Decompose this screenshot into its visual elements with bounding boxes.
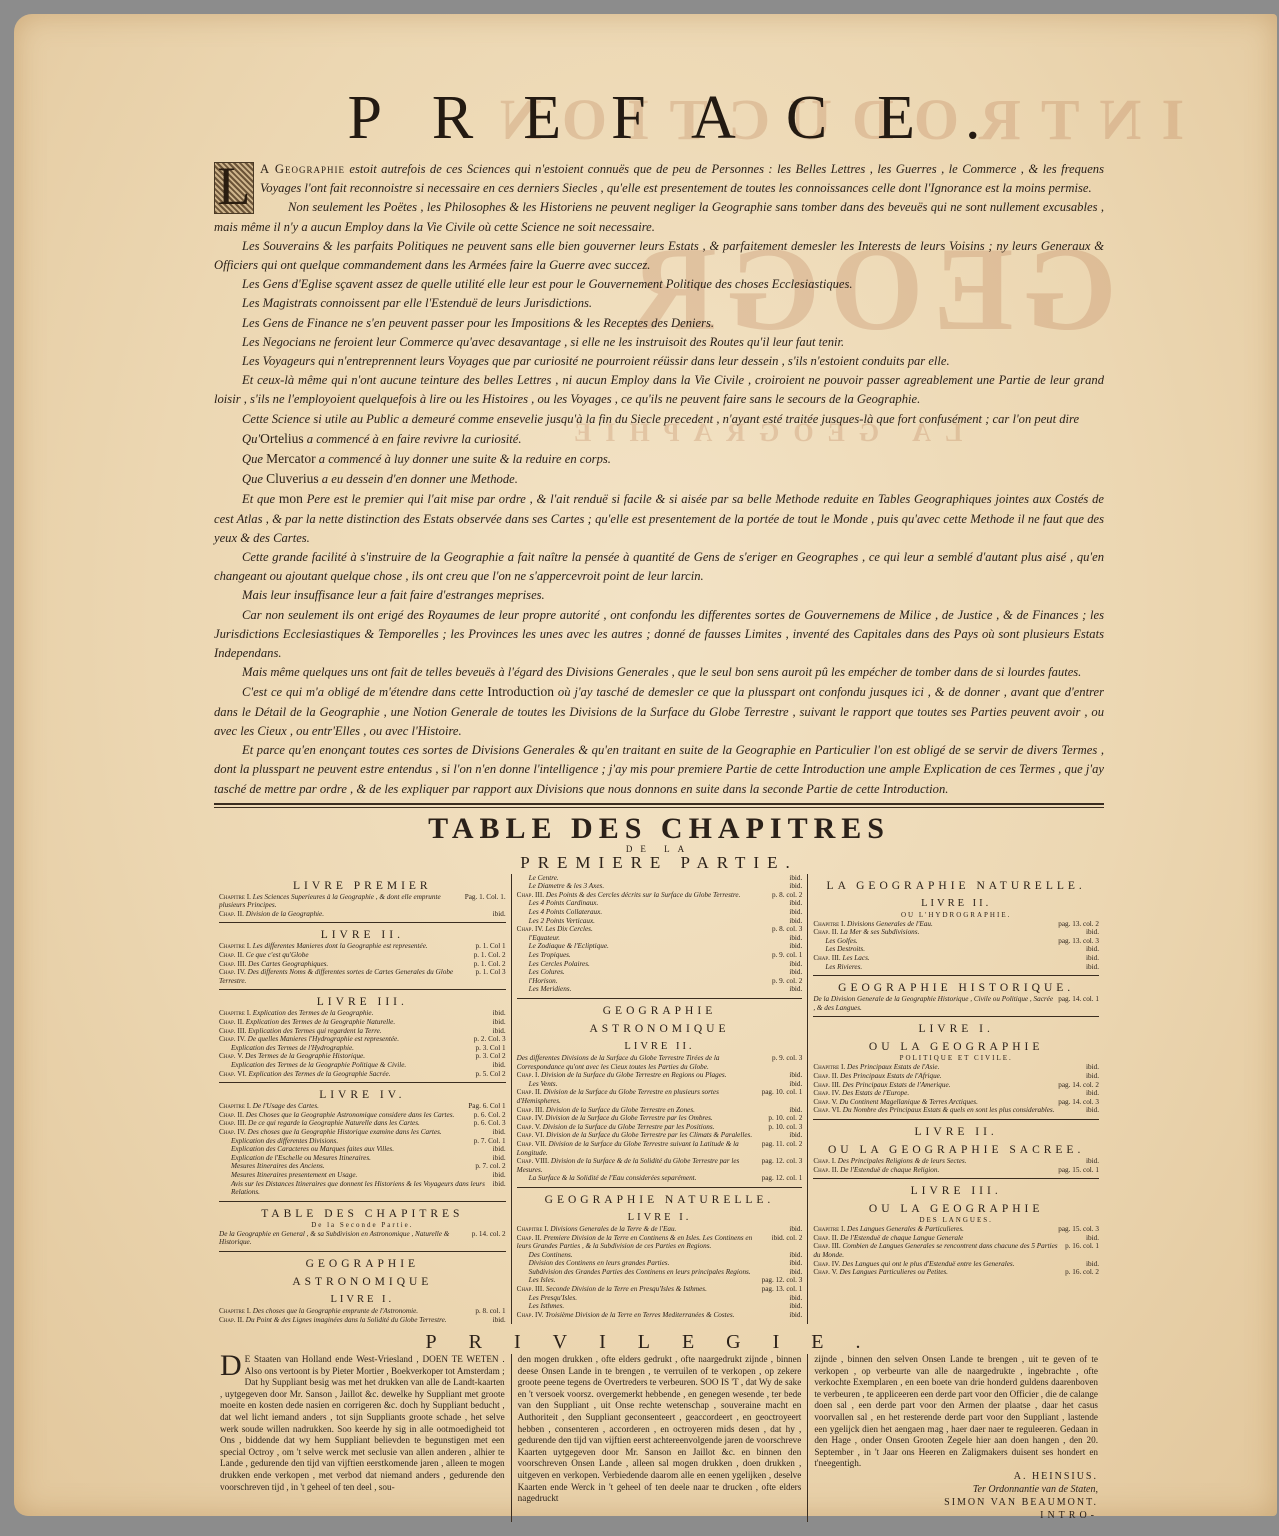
- toc-entry: Les Tropiques.p. 9. col. 1: [517, 951, 803, 960]
- chapter-title: La Surface & la Solidité de l'Eau consid…: [529, 1174, 697, 1182]
- toc-entry: Chap. IV. Troisième Division de la Terre…: [517, 1311, 803, 1320]
- page-reference: ibid.: [789, 1259, 802, 1268]
- chapter-number: Chap. III.: [517, 1106, 544, 1114]
- privilegie-column-3: zijnde , binnen den selven Onsen Lande t…: [807, 1354, 1104, 1522]
- toc-entry: Chap. V. Du Continent Magellanique & Ter…: [813, 1098, 1099, 1107]
- toc-section-head: LIVRE III.: [813, 1185, 1099, 1197]
- chapter-title: De quelles Manieres l'Hydrographie est r…: [248, 1035, 399, 1043]
- page-reference: ibid.: [789, 1311, 802, 1320]
- page-reference: p. 3. Col 1: [476, 1044, 506, 1053]
- page-reference: p. 3. Col 2: [476, 1052, 506, 1061]
- chapter-title: Les Rivieres.: [825, 963, 862, 971]
- chapter-number: Chap. VI.: [219, 1070, 247, 1078]
- signature-heinsius: A. HEINSIUS.: [814, 1470, 1098, 1483]
- page-reference: ibid.: [789, 1106, 802, 1115]
- toc-entry: Chap. I. Des Principales Religions & de …: [813, 1157, 1099, 1166]
- section-rule: [517, 1187, 803, 1188]
- chapter-number: Chapitre I.: [219, 893, 251, 901]
- page-reference: Pag. 1. Col. 1.: [465, 893, 506, 910]
- section-rule: [813, 975, 1099, 976]
- chapter-title: Des choses que la Geographie Historique …: [248, 1128, 442, 1136]
- table-of-chapters: TABLE DES CHAPITRES DE LA PREMIERE PARTI…: [214, 814, 1104, 1324]
- toc-entry: Les Golfes.pag. 13. col. 3: [813, 937, 1099, 946]
- chapter-title: Divisions Generales de l'Eau.: [847, 920, 933, 928]
- page-reference: p. 6. Col. 3: [474, 1119, 506, 1128]
- toc-entry: Le Zodiaque & l'Ecliptique.ibid.: [517, 942, 803, 951]
- chapter-title: Division de la Surface du Globe Terrestr…: [546, 1131, 752, 1139]
- toc-section-sub: LIVRE I.: [517, 1212, 803, 1224]
- preface-paragraph: Mais même quelques uns ont fait de telle…: [214, 663, 1104, 682]
- preface-paragraph: Les Gens de Finance ne s'en peuvent pass…: [214, 314, 1104, 333]
- chapter-title: Explication de l'Eschelle ou Mesures Iti…: [231, 1154, 371, 1162]
- chapter-title: Les Tropiques.: [529, 951, 571, 959]
- chapter-title: Les Isthmes.: [529, 1302, 565, 1310]
- geographer-line: Et que mon Pere est le premier qui l'ait…: [214, 489, 1104, 548]
- toc-entry: Chap. III. Les Lacs.ibid.: [813, 954, 1099, 963]
- toc-entry: Chap. V. Division de la Surface du Globe…: [517, 1123, 803, 1132]
- toc-entry: Explication de l'Eschelle ou Mesures Iti…: [219, 1154, 506, 1163]
- chapter-number: Chap. II.: [813, 928, 838, 936]
- chapter-number: Chap. I.: [813, 1157, 836, 1165]
- section-rule: [813, 1119, 1099, 1120]
- page-reference: ibid.: [493, 1154, 506, 1163]
- chapter-number: Chap. IV.: [219, 1128, 246, 1136]
- catchword: INTRO-: [814, 1509, 1098, 1522]
- section-rule: [517, 998, 803, 999]
- preface-paragraph: Non seulement les Poëtes , les Philosoph…: [214, 198, 1104, 236]
- chapter-number: Chap. VI.: [517, 1131, 545, 1139]
- chapter-title: Explication des Termes de l'Hydrographie…: [231, 1044, 354, 1052]
- toc-entry: Chap. III. Explication des Termes qui re…: [219, 1027, 506, 1036]
- chapter-number: Chap. III.: [219, 1027, 246, 1035]
- chapter-number: Chap. II.: [517, 1234, 542, 1242]
- section-rule: [219, 1201, 506, 1202]
- chapter-title: Des differents Noms & differentes sortes…: [219, 968, 453, 985]
- toc-section-head: GEOGRAPHIE: [517, 1005, 803, 1017]
- toc-entry: Les Isthmes.ibid.: [517, 1302, 803, 1311]
- page-reference: p. 2. Col. 3: [474, 1035, 506, 1044]
- chapter-number: Chap. II.: [219, 951, 244, 959]
- chapter-title: Combien de Langues Generales se rencontr…: [813, 1242, 1057, 1259]
- page-reference: p. 14. col. 2: [472, 1230, 506, 1247]
- chapter-title: Divisions Generales de la Terre & de l'E…: [550, 1225, 676, 1233]
- chapter-number: Chapitre I.: [813, 920, 845, 928]
- page-reference: ibid.: [789, 1131, 802, 1140]
- chapter-title: Explication des Termes de la Geographie …: [231, 1061, 406, 1069]
- chapter-title: Division de la Geographie.: [246, 910, 324, 918]
- chapter-title: Les 4 Points Collateraux.: [529, 908, 602, 916]
- toc-entry: Chap. IV. Les Dix Cercles.p. 8. col. 3: [517, 925, 803, 934]
- page-reference: ibid.: [789, 968, 802, 977]
- page-reference: ibid.: [493, 1316, 506, 1325]
- chapter-number: Chap. II.: [219, 1111, 244, 1119]
- page-reference: ibid.: [493, 1145, 506, 1154]
- toc-entry: De la Geographie en General , & sa Subdi…: [219, 1230, 506, 1247]
- chapter-title: l'Equateur.: [529, 934, 560, 942]
- chapter-number: Chap. III.: [517, 1285, 544, 1293]
- chapter-number: Chap. V.: [813, 1098, 837, 1106]
- page-reference: ibid.: [789, 960, 802, 969]
- page-reference: p. 16. col. 2: [1065, 1268, 1099, 1277]
- page-reference: ibid.: [1086, 1089, 1099, 1098]
- toc-section-head2: OU LA GEOGRAPHIE: [813, 1041, 1099, 1053]
- section-divider: [214, 803, 1104, 808]
- toc-entry: Chap. II. De l'Estenduë de chaque Religi…: [813, 1166, 1099, 1175]
- page-reference: p. 16. col. 1: [1065, 1242, 1099, 1259]
- chapter-number: Chap. IV.: [517, 1114, 544, 1122]
- page-reference: p. 1. Col. 2: [474, 960, 506, 969]
- toc-entry: Les 2 Points Verticaux.ibid.: [517, 917, 803, 926]
- chapter-number: Chap. II.: [813, 1072, 838, 1080]
- page-reference: pag. 11. col. 2: [762, 1140, 802, 1157]
- toc-entry: Chapitre I. De l'Usage des Cartes.Pag. 6…: [219, 1102, 506, 1111]
- page-reference: p. 8. col. 3: [772, 925, 802, 934]
- toc-entry: Chap. VI. Explication des Termes de la G…: [219, 1070, 506, 1079]
- chapter-title: Explication des Caracteres ou Marques fa…: [231, 1145, 394, 1153]
- chapter-title: Mesures Itineraires des Anciens.: [231, 1162, 325, 1170]
- chapter-number: Chap. IV.: [517, 925, 544, 933]
- toc-entry: Explication des Termes de l'Hydrographie…: [219, 1044, 506, 1053]
- chapter-number: Chap. II.: [813, 1166, 838, 1174]
- toc-section-head: LIVRE II.: [813, 1126, 1099, 1138]
- toc-column-3: LA GEOGRAPHIE NATURELLE.LIVRE II.OU L'HY…: [807, 874, 1104, 1324]
- chapter-title: Ce que c'est qu'Globe: [246, 951, 309, 959]
- page-reference: p. 10. col. 2: [768, 1114, 802, 1123]
- chapter-title: Des Langues qui ont le plus d'Estenduë e…: [842, 1260, 1015, 1268]
- toc-entry: Division des Continens en leurs grandes …: [517, 1259, 803, 1268]
- toc-section-head: GEOGRAPHIE NATURELLE.: [517, 1194, 803, 1206]
- chapter-title: Les 4 Points Cardinaux.: [529, 899, 599, 907]
- toc-entry: Les Colures.ibid.: [517, 968, 803, 977]
- toc-entry: Chapitre I. Les Sciences Superieures à l…: [219, 893, 506, 910]
- chapter-title: De ce qui regarde la Geographie Naturell…: [248, 1119, 420, 1127]
- toc-section-sub2: OU L'HYDROGRAPHIE.: [813, 911, 1099, 920]
- chapter-number: Chapitre I.: [219, 1102, 251, 1110]
- page-reference: p. 9. col. 1: [772, 951, 802, 960]
- chapter-title: Du Continent Magellanique & Terres Arcti…: [839, 1098, 977, 1106]
- toc-entry: Chapitre I. Les differentes Manieres don…: [219, 942, 506, 951]
- chapter-title: Le Diametre & les 3 Axes.: [529, 882, 604, 890]
- toc-section-sub: LIVRE II.: [813, 898, 1099, 910]
- chapter-number: Chap. III.: [813, 1242, 840, 1250]
- toc-entry: Chap. III. Des Principaux Estats de l'Am…: [813, 1081, 1099, 1090]
- page-reference: p. 7. Col. 1: [474, 1137, 506, 1146]
- toc-section-sub: LIVRE II.: [517, 1041, 803, 1053]
- page-reference: pag. 12. col. 3: [762, 1276, 803, 1285]
- page-reference: ibid.: [789, 1251, 802, 1260]
- privilegie-column-2: den mogen drukken , ofte elders gedrukt …: [511, 1354, 808, 1522]
- toc-entry: Chap. III. Des Points & des Cercles décr…: [517, 891, 803, 900]
- toc-entry: Les Isles.pag. 12. col. 3: [517, 1276, 803, 1285]
- chapter-title: Les Isles.: [529, 1276, 556, 1284]
- geographer-line: Que Cluverius a eu dessein d'en donner u…: [214, 469, 1104, 489]
- page-reference: p. 7. col. 2: [475, 1162, 505, 1171]
- page-reference: ibid.: [493, 1128, 506, 1137]
- chapter-number: Chap. VI.: [813, 1106, 841, 1114]
- preface-paragraph: Les Gens d'Eglise sçavent assez de quell…: [214, 275, 1104, 294]
- chapter-title: Des Continens.: [529, 1251, 573, 1259]
- chapter-number: Chap. III.: [517, 891, 544, 899]
- page-reference: p. 1. Col 3: [476, 968, 506, 985]
- toc-entry: Chap. IV. Des choses que la Geographie H…: [219, 1128, 506, 1137]
- toc-section-sub: LIVRE I.: [219, 1294, 506, 1306]
- chapter-number: Chapitre I.: [813, 1063, 845, 1071]
- chapter-title: Explication des Termes de la Geographie.: [253, 1009, 374, 1017]
- toc-entry: Subdivision des Grandes Parties des Cont…: [517, 1268, 803, 1277]
- toc-entry: Les Meridiens.ibid.: [517, 985, 803, 994]
- page-reference: pag. 15. col. 1: [1058, 1166, 1099, 1175]
- page-reference: ibid.: [493, 1061, 506, 1070]
- toc-entry: Chap. IV. Des Langues qui ont le plus d'…: [813, 1260, 1099, 1269]
- preface-paragraph: Les Magistrats connoissent par elle l'Es…: [214, 294, 1104, 313]
- chapter-number: Chap. IV.: [219, 968, 246, 976]
- preface-paragraph: Cette Science si utile au Public a demeu…: [214, 410, 1104, 429]
- chapter-title: Des Choses que la Geographie Astronomiqu…: [246, 1111, 455, 1119]
- page-reference: p. 6. Col. 2: [474, 1111, 506, 1120]
- chapter-title: Le Centre.: [529, 874, 559, 882]
- chapter-title: Des Langues Generales & Particulieres.: [847, 1225, 964, 1233]
- page-reference: ibid.: [493, 1171, 506, 1180]
- chapter-title: Division de la Surface du Globe Terrestr…: [517, 1088, 719, 1105]
- chapter-title: Les 2 Points Verticaux.: [529, 917, 595, 925]
- initial-letter: D: [220, 1354, 242, 1378]
- page-reference: ibid.: [1086, 1106, 1099, 1115]
- toc-section-head: LIVRE I.: [813, 1023, 1099, 1035]
- chapter-title: Division de la Surface du Globe Terrestr…: [546, 1106, 695, 1114]
- page-reference: pag. 13. col. 3: [1058, 937, 1099, 946]
- chapter-number: Chap. V.: [219, 1052, 243, 1060]
- chapter-title: Division des Continens en leurs grandes …: [529, 1259, 670, 1267]
- page-reference: ibid.: [789, 985, 802, 994]
- chapter-title: Des Points & des Cercles décrits sur la …: [546, 891, 741, 899]
- section-rule: [813, 1178, 1099, 1179]
- page-reference: pag. 15. col. 3: [1058, 1225, 1099, 1234]
- preface-paragraph: Les Negocians ne feroient leur Commerce …: [214, 333, 1104, 352]
- chapter-number: Chap. IV.: [219, 1035, 246, 1043]
- signature-note: Ter Ordonnantie van de Staten,: [814, 1483, 1098, 1496]
- toc-section-sub: De la Seconde Partie.: [219, 1221, 506, 1230]
- preface-paragraph: L A Geographie estoit autrefois de ces S…: [214, 160, 1104, 198]
- chapter-title: Les differentes Manieres dont la Geograp…: [253, 942, 428, 950]
- toc-entry: Les Vents.ibid.: [517, 1080, 803, 1089]
- toc-entry: Chap. II. Ce que c'est qu'Globep. 1. Col…: [219, 951, 506, 960]
- toc-entry: Chap. II. Premiere Division de la Terre …: [517, 1234, 803, 1251]
- toc-entry: Les Rivieres.ibid.: [813, 963, 1099, 972]
- toc-entry: Explication des Caracteres ou Marques fa…: [219, 1145, 506, 1154]
- page-reference: ibid.: [1086, 1260, 1099, 1269]
- page-reference: p. 9. col. 3: [772, 1054, 802, 1071]
- chapter-title: Des Langues Particulieres ou Petites.: [839, 1268, 948, 1276]
- chapter-number: Chap. I.: [517, 1071, 540, 1079]
- toc-section-head: LIVRE PREMIER: [219, 880, 506, 892]
- toc-entry: Le Centre.ibid.: [517, 874, 803, 883]
- chapter-title: Premiere Division de la Terre en Contine…: [517, 1234, 753, 1251]
- privilegie-section: PRIVILEGIE. D E Staaten van Holland ende…: [214, 1332, 1104, 1522]
- toc-section-head2: ASTRONOMIQUE: [517, 1023, 803, 1035]
- toc-entry: Chapitre I. Explication des Termes de la…: [219, 1009, 506, 1018]
- chapter-title: Troisième Division de la Terre en Terres…: [545, 1311, 734, 1319]
- toc-section-head: LIVRE II.: [219, 929, 506, 941]
- chapter-title: Des Cartes Geographiques.: [248, 960, 328, 968]
- toc-section-sub: DES LANGUES.: [813, 1216, 1099, 1225]
- toc-entry: Chap. VI. Du Nombre des Principaux Estat…: [813, 1106, 1099, 1115]
- chapter-title: Seconde Division de la Terre en Presqu'I…: [546, 1285, 707, 1293]
- toc-section-head: LA GEOGRAPHIE NATURELLE.: [813, 880, 1099, 892]
- toc-entry: Chap. VII. Division de la Surface du Glo…: [517, 1140, 803, 1157]
- page-reference: pag. 10. col. 1: [762, 1088, 803, 1105]
- toc-title: TABLE DES CHAPITRES: [214, 814, 1104, 844]
- privilegie-title: PRIVILEGIE.: [214, 1332, 1104, 1352]
- toc-entry: Chap. II. Du Point & des Lignes imaginée…: [219, 1316, 506, 1325]
- chapter-title: Des choses que la Geographie emprunte de…: [253, 1307, 418, 1315]
- chapter-title: Des Estats de l'Europe.: [842, 1089, 909, 1097]
- toc-entry: Chapitre I. Divisions Generales de la Te…: [517, 1225, 803, 1234]
- chapter-title: Les Vents.: [529, 1080, 558, 1088]
- page-reference: ibid.: [789, 1268, 802, 1277]
- page-reference: ibid.: [789, 917, 802, 926]
- toc-entry: Chap. III. Des Cartes Geographiques.p. 1…: [219, 960, 506, 969]
- chapter-number: Chapitre I.: [219, 1307, 251, 1315]
- toc-entry: Chap. V. Des Langues Particulieres ou Pe…: [813, 1268, 1099, 1277]
- chapter-number: Chapitre I.: [219, 942, 251, 950]
- chapter-title: Division de la Surface du Globe Terrestr…: [541, 1071, 726, 1079]
- toc-entry: Des differentes Divisions de la Surface …: [517, 1054, 803, 1071]
- toc-entry: Chap. IV. Des differents Noms & differen…: [219, 968, 506, 985]
- toc-entry: Chapitre I. Des Principaux Estats de l'A…: [813, 1063, 1099, 1072]
- toc-entry: l'Horison.p. 9. col. 2: [517, 977, 803, 986]
- chapter-title: Du Point & des Lignes imaginées dans la …: [246, 1316, 447, 1324]
- page-reference: pag. 12. col. 3: [762, 1157, 803, 1174]
- page-reference: ibid.: [1086, 928, 1099, 937]
- chapter-number: Chap. II.: [517, 1088, 542, 1096]
- chapter-title: Des Principaux Estats de l'Afrique.: [840, 1072, 942, 1080]
- page-content: PREFACE. L A Geographie estoit autrefois…: [214, 80, 1104, 1522]
- toc-section-head: GEOGRAPHIE: [219, 1258, 506, 1270]
- toc-section-head2: ASTRONOMIQUE: [219, 1276, 506, 1288]
- page-reference: ibid. col. 2: [772, 1234, 803, 1251]
- page-reference: ibid.: [493, 1180, 506, 1197]
- toc-entry: Explication des differentes Divisions.p.…: [219, 1137, 506, 1146]
- chapter-title: Mesures Itineraires presentement en Usag…: [231, 1171, 357, 1179]
- chapter-number: Chap. II.: [219, 1018, 244, 1026]
- toc-entry: Chap. III. Combien de Langues Generales …: [813, 1242, 1099, 1259]
- chapter-title: Les Colures.: [529, 968, 565, 976]
- page-reference: p. 1. Col. 2: [474, 951, 506, 960]
- toc-entry: Chap. VI. Division de la Surface du Glob…: [517, 1131, 803, 1140]
- section-rule: [219, 989, 506, 990]
- preface-paragraph: Les Souverains & les parfaits Politiques…: [214, 237, 1104, 275]
- chapter-number: Chap. III.: [219, 960, 246, 968]
- page-reference: ibid.: [789, 1071, 802, 1080]
- toc-entry: Chap. VIII. Division de la Surface & de …: [517, 1157, 803, 1174]
- page-reference: ibid.: [1086, 954, 1099, 963]
- toc-entry: Chap. V. Des Termes de la Geographie His…: [219, 1052, 506, 1061]
- toc-entry: Chap. III. Seconde Division de la Terre …: [517, 1285, 803, 1294]
- chapter-title: Des Termes de la Geographie Historique.: [245, 1052, 365, 1060]
- page-reference: ibid.: [493, 1009, 506, 1018]
- toc-entry: Chap. II. Des Principaux Estats de l'Afr…: [813, 1072, 1099, 1081]
- page-reference: ibid.: [493, 1027, 506, 1036]
- chapter-title: Des Principaux Estats de l'Amerique.: [843, 1081, 951, 1089]
- signature-beaumont: SIMON VAN BEAUMONT.: [814, 1496, 1098, 1509]
- page-reference: ibid.: [789, 934, 802, 943]
- chapter-number: Chap. II.: [813, 1234, 838, 1242]
- chapter-number: Chap. III.: [219, 1119, 246, 1127]
- page-reference: p. 8. col. 2: [772, 891, 802, 900]
- chapter-title: Division de la Surface du Globe Terrestr…: [545, 1114, 712, 1122]
- toc-section-head: LIVRE IV.: [219, 1089, 506, 1101]
- preface-paragraph: Les Voyageurs qui n'entreprennent leurs …: [214, 352, 1104, 371]
- toc-entry: De la Division Generale de la Geographie…: [813, 995, 1099, 1012]
- toc-section-head: LIVRE III.: [219, 996, 506, 1008]
- page-reference: ibid.: [789, 874, 802, 883]
- chapter-title: Explication des differentes Divisions.: [231, 1137, 338, 1145]
- chapter-title: Explication des Termes de la Geographie …: [248, 1070, 390, 1078]
- toc-section-head2: OU LA GEOGRAPHIE: [813, 1203, 1099, 1215]
- toc-columns: LIVRE PREMIERChapitre I. Les Sciences Su…: [214, 874, 1104, 1324]
- page-reference: pag. 12. col. 1: [762, 1174, 803, 1183]
- page-reference: p. 9. col. 2: [772, 977, 802, 986]
- toc-section-head: TABLE DES CHAPITRES: [219, 1208, 506, 1220]
- chapter-title: Des Principaux Estats de l'Asie.: [847, 1063, 939, 1071]
- toc-subtitle-partie: PREMIERE PARTIE.: [214, 854, 1104, 872]
- chapter-number: Chap. V.: [813, 1268, 837, 1276]
- toc-section-head2: OU LA GEOGRAPHIE SACREE.: [813, 1144, 1099, 1156]
- toc-entry: Explication des Termes de la Geographie …: [219, 1061, 506, 1070]
- page-reference: p. 10. col. 3: [768, 1123, 802, 1132]
- toc-entry: Les Destroits.ibid.: [813, 945, 1099, 954]
- chapter-title: De la Division Generale de la Geographie…: [813, 995, 1053, 1012]
- toc-section-sub: POLITIQUE ET CIVILE.: [813, 1054, 1099, 1063]
- toc-section-head: GEOGRAPHIE HISTORIQUE.: [813, 982, 1099, 994]
- chapter-title: Explication des Termes de la Geographie …: [246, 1018, 395, 1026]
- chapter-title: Les Lacs.: [843, 954, 870, 962]
- page-reference: ibid.: [493, 910, 506, 919]
- chapter-title: De l'Estenduë de chaque Religion.: [840, 1166, 939, 1174]
- geographer-line: Que Mercator a commencé à luy donner une…: [214, 449, 1104, 469]
- page-reference: Pag. 6. Col 1: [468, 1102, 505, 1111]
- toc-entry: Les Cercles Polaires.ibid.: [517, 960, 803, 969]
- geographer-line: Qu'Ortelius a commencé à en faire revivr…: [214, 429, 1104, 449]
- page-reference: ibid.: [1086, 963, 1099, 972]
- page-reference: ibid.: [789, 1294, 802, 1303]
- chapter-title: Avis sur les Distances Itineraires que d…: [231, 1180, 485, 1197]
- toc-entry: Chap. I. Division de la Surface du Globe…: [517, 1071, 803, 1080]
- chapter-title: Subdivision des Grandes Parties des Cont…: [529, 1268, 751, 1276]
- section-rule: [219, 1082, 506, 1083]
- toc-entry: Mesures Itineraires presentement en Usag…: [219, 1171, 506, 1180]
- toc-entry: l'Equateur.ibid.: [517, 934, 803, 943]
- page-reference: ibid.: [789, 908, 802, 917]
- toc-entry: Chapitre I. Des Langues Generales & Part…: [813, 1225, 1099, 1234]
- chapter-title: Du Nombre des Principaux Estats & quels …: [843, 1106, 1055, 1114]
- page-reference: ibid.: [789, 882, 802, 891]
- chapter-title: Les Presqu'Isles.: [529, 1294, 577, 1302]
- chapter-number: Chap. V.: [517, 1123, 541, 1131]
- chapter-title: De l'Estenduë de chaque Langue Generale: [840, 1234, 963, 1242]
- preface-body: L A Geographie estoit autrefois de ces S…: [214, 160, 1104, 799]
- toc-entry: Chapitre I. Des choses que la Geographie…: [219, 1307, 506, 1316]
- toc-entry: Chap. II. Des Choses que la Geographie A…: [219, 1111, 506, 1120]
- toc-entry: Chap. II. Division de la Surface du Glob…: [517, 1088, 803, 1105]
- chapter-title: De la Geographie en General , & sa Subdi…: [219, 1230, 449, 1247]
- page-reference: ibid.: [789, 1302, 802, 1311]
- toc-entry: Chap. III. De ce qui regarde la Geograph…: [219, 1119, 506, 1128]
- toc-entry: Chap. III. Division de la Surface du Glo…: [517, 1106, 803, 1115]
- chapter-number: Chap. IV.: [813, 1260, 840, 1268]
- toc-entry: Mesures Itineraires des Anciens.p. 7. co…: [219, 1162, 506, 1171]
- preface-paragraph: C'est ce qui m'a obligé de m'étendre dan…: [214, 682, 1104, 741]
